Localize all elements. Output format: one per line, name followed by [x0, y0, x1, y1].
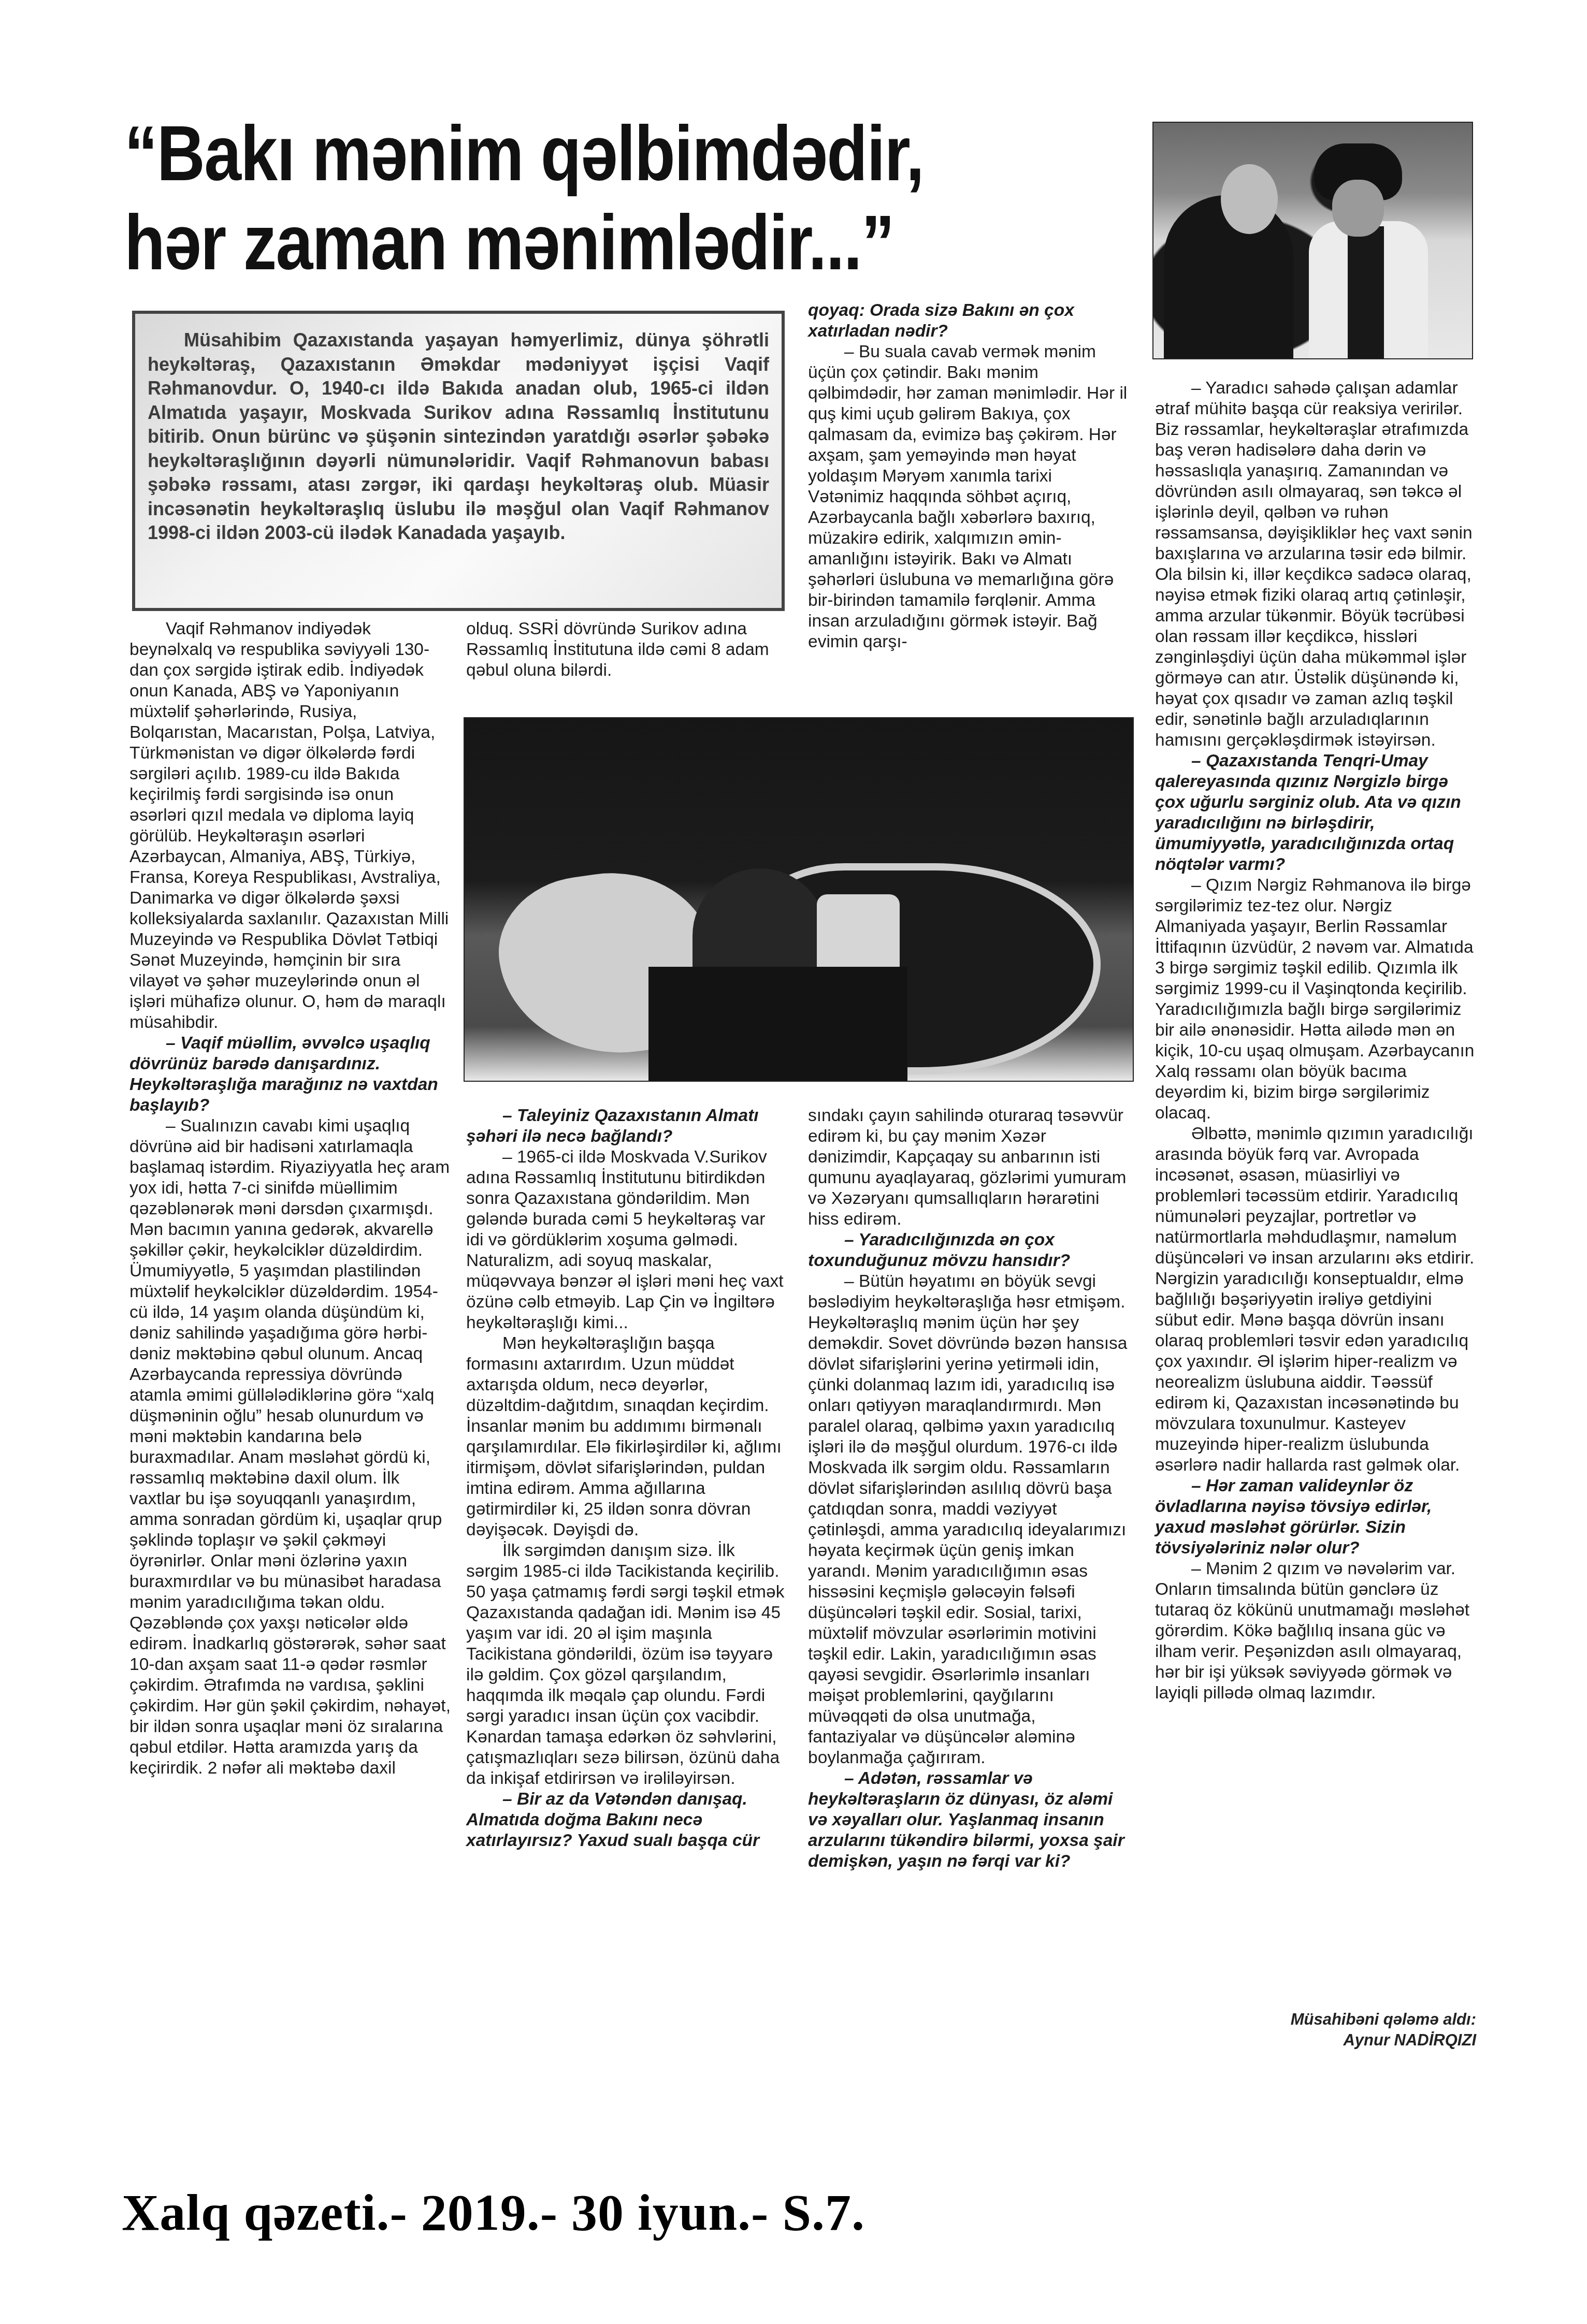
paragraph: – 1965-ci ildə Moskvada V.Surikov adına … — [466, 1147, 787, 1333]
sculpture-photo — [464, 717, 1134, 1082]
source-citation: Xalq qəzeti.- 2019.- 30 iyun.- S.7. — [122, 2183, 865, 2242]
paragraph: olduq. SSRİ dövründə Surikov adına Rəssa… — [466, 619, 787, 681]
lead-paragraph: Müsahibim Qazaxıstanda yaşayan həmyerlim… — [148, 328, 769, 545]
interview-question: – Bir az da Vətəndən danışaq. Almatıda d… — [466, 1789, 787, 1851]
column-2-top: olduq. SSRİ dövründə Surikov adına Rəssa… — [466, 619, 787, 681]
photo-dark-garment — [1348, 226, 1384, 359]
interview-question: – Qazaxıstanda Tenqri-Umay qalereyasında… — [1155, 751, 1476, 875]
column-3-bottom: sındakı çayın sahilində oturaraq təsəvvü… — [808, 1106, 1129, 1872]
sculpture-pedestal — [648, 967, 907, 1082]
column-4: – Yaradıcı sahədə çalışan adamlar ətraf … — [1155, 378, 1476, 1704]
paragraph: Əlbəttə, mənimlə qızımın yaradıcılığı ar… — [1155, 1124, 1476, 1476]
interview-question: – Taleyiniz Qazaxıstanın Almatı şəhəri i… — [466, 1106, 787, 1147]
lead-box: Müsahibim Qazaxıstanda yaşayan həmyerlim… — [132, 311, 785, 611]
paragraph: Mən heykəltəraşlığın başqa formasını axt… — [466, 1333, 787, 1541]
column-3-top: qoyaq: Orada sizə Bakını ən çox xatırlad… — [808, 300, 1129, 652]
byline-label: Müsahibəni qələmə aldı: — [1155, 2009, 1476, 2030]
paragraph: – Bütün həyatımı ən böyük sevgi bəslədiy… — [808, 1271, 1129, 1768]
portrait-photo — [1152, 122, 1473, 359]
paragraph: – Mənim 2 qızım və nəvələrim var. Onları… — [1155, 1559, 1476, 1704]
headline-line-1: “Bakı mənim qəlbimdədir, — [124, 109, 998, 198]
byline-author: Aynur NADİRQIZI — [1155, 2030, 1476, 2051]
column-1: Vaqif Rəhmanov indiyədək beynəlxalq və r… — [129, 619, 451, 1779]
paragraph: İlk sərgimdən danışım sizə. İlk sərgim 1… — [466, 1541, 787, 1789]
interview-question: – Adətən, rəssamlar və heykəltəraşların … — [808, 1768, 1129, 1872]
headline-line-2: hər zaman mənimlədir...” — [124, 198, 998, 287]
paragraph: – Sualınızın cavabı kimi uşaqlıq dövrünə… — [129, 1116, 451, 1779]
headline: “Bakı mənim qəlbimdədir, hər zaman mənim… — [124, 109, 998, 287]
paragraph: sındakı çayın sahilində oturaraq təsəvvü… — [808, 1106, 1129, 1230]
paragraph: – Qızım Nərgiz Rəhmanova ilə birgə sərgi… — [1155, 875, 1476, 1124]
paragraph: Vaqif Rəhmanov indiyədək beynəlxalq və r… — [129, 619, 451, 1033]
photo-face-woman — [1221, 164, 1278, 234]
interview-question: – Hər zaman valideynlər öz övladlarına n… — [1155, 1476, 1476, 1559]
paragraph: – Bu suala cavab vermək mənim üçün çox ç… — [808, 342, 1129, 652]
interview-question: – Yaradıcılığınızda ən çox toxunduğunuz … — [808, 1230, 1129, 1271]
photo-face-man — [1332, 180, 1384, 237]
byline: Müsahibəni qələmə aldı: Aynur NADİRQIZI — [1155, 2009, 1476, 2051]
interview-question: qoyaq: Orada sizə Bakını ən çox xatırlad… — [808, 300, 1129, 342]
paragraph: – Yaradıcı sahədə çalışan adamlar ətraf … — [1155, 378, 1476, 751]
interview-question: – Vaqif müəllim, əvvəlcə uşaqlıq dövrünü… — [129, 1033, 451, 1116]
column-2-bottom: – Taleyiniz Qazaxıstanın Almatı şəhəri i… — [466, 1106, 787, 1851]
